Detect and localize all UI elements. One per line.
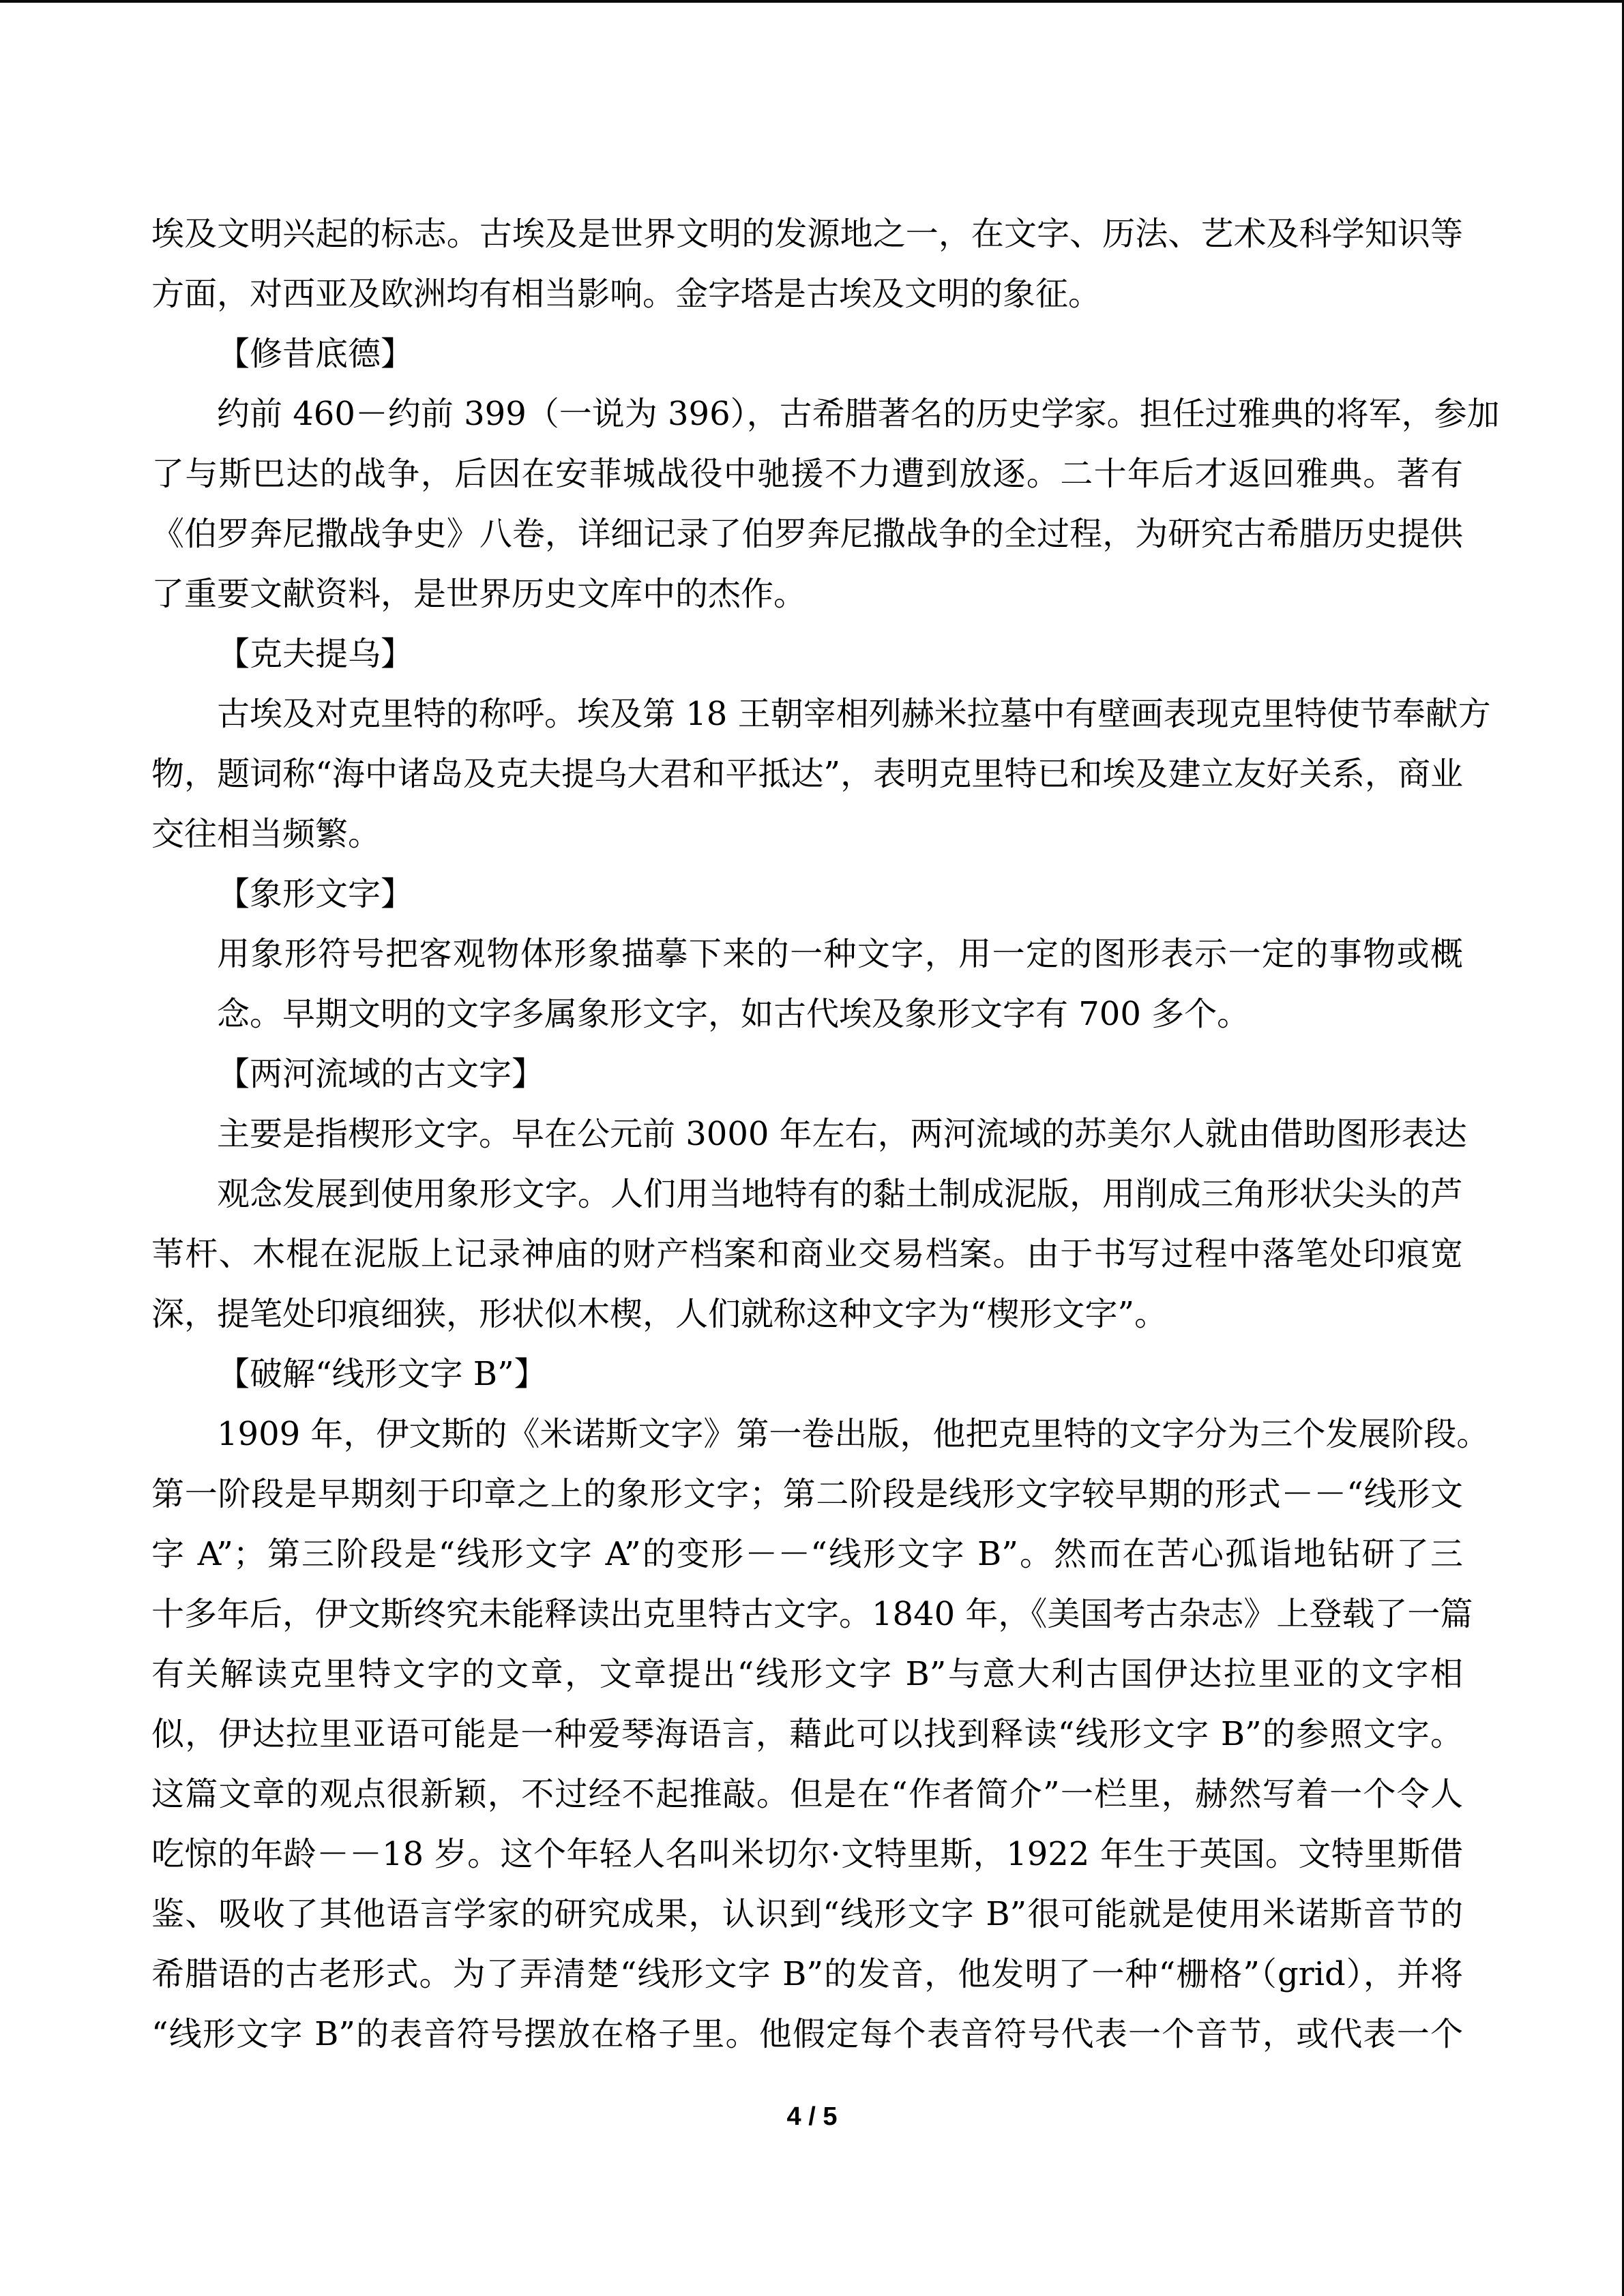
text-line: 希腊语的古老形式。为了弄清楚“线形文字 B”的发音，他发明了一种“栅格”（gri… xyxy=(151,1944,1463,2004)
text-line: 吃惊的年龄－－18 岁。这个年轻人名叫米切尔·文特里斯，1922 年生于英国。文… xyxy=(151,1824,1463,1884)
text-line: 十多年后，伊文斯终究未能释读出克里特古文字。1840 年，《美国考古杂志》上登载… xyxy=(151,1584,1463,1644)
page-number: 4 / 5 xyxy=(0,2100,1624,2133)
text-line: 似，伊达拉里亚语可能是一种爱琴海语言，藉此可以找到释读“线形文字 B”的参照文字… xyxy=(151,1704,1463,1764)
text-line: 鉴、吸收了其他语言学家的研究成果，认识到“线形文字 B”很可能就是使用米诺斯音节… xyxy=(151,1884,1463,1944)
section-heading: 【克夫提乌】 xyxy=(151,624,1463,684)
text-line: 交往相当频繁。 xyxy=(151,804,1463,864)
text-line: 埃及文明兴起的标志。古埃及是世界文明的发源地之一，在文字、历法、艺术及科学知识等 xyxy=(151,204,1463,264)
section-heading: 【象形文字】 xyxy=(151,864,1463,924)
text-line: 了与斯巴达的战争，后因在安菲城战役中驰援不力遭到放逐。二十年后才返回雅典。著有 xyxy=(151,444,1463,504)
text-line: 约前 460－约前 399（一说为 396），古希腊著名的历史学家。担任过雅典的… xyxy=(151,384,1463,444)
text-line: “线形文字 B”的表音符号摆放在格子里。他假定每个表音符号代表一个音节，或代表一… xyxy=(151,2004,1463,2064)
text-line: 方面，对西亚及欧洲均有相当影响。金字塔是古埃及文明的象征。 xyxy=(151,264,1463,324)
text-line: 1909 年，伊文斯的《米诺斯文字》第一卷出版，他把克里特的文字分为三个发展阶段… xyxy=(151,1404,1463,1464)
document-page: 埃及文明兴起的标志。古埃及是世界文明的发源地之一，在文字、历法、艺术及科学知识等… xyxy=(0,0,1624,2296)
text-line: 《伯罗奔尼撒战争史》八卷，详细记录了伯罗奔尼撒战争的全过程，为研究古希腊历史提供 xyxy=(151,504,1463,564)
text-line: 观念发展到使用象形文字。人们用当地特有的黏土制成泥版，用削成三角形状尖头的芦 xyxy=(151,1164,1463,1224)
section-heading: 【两河流域的古文字】 xyxy=(151,1044,1463,1104)
text-line: 深，提笔处印痕细狭，形状似木楔，人们就称这种文字为“楔形文字”。 xyxy=(151,1284,1463,1344)
text-line: 物，题词称“海中诸岛及克夫提乌大君和平抵达”，表明克里特已和埃及建立友好关系，商… xyxy=(151,744,1463,804)
text-line: 第一阶段是早期刻于印章之上的象形文字；第二阶段是线形文字较早期的形式－－“线形文 xyxy=(151,1464,1463,1524)
text-line: 古埃及对克里特的称呼。埃及第 18 王朝宰相列赫米拉墓中有壁画表现克里特使节奉献… xyxy=(151,684,1463,744)
page-border-top xyxy=(0,0,1624,3)
text-line: 用象形符号把客观物体形象描摹下来的一种文字，用一定的图形表示一定的事物或概 xyxy=(151,924,1463,984)
text-line: 主要是指楔形文字。早在公元前 3000 年左右，两河流域的苏美尔人就由借助图形表… xyxy=(151,1104,1463,1164)
text-line: 苇杆、木棍在泥版上记录神庙的财产档案和商业交易档案。由于书写过程中落笔处印痕宽 xyxy=(151,1224,1463,1284)
text-line: 这篇文章的观点很新颖，不过经不起推敲。但是在“作者简介”一栏里，赫然写着一个令人 xyxy=(151,1764,1463,1824)
section-heading: 【修昔底德】 xyxy=(151,324,1463,384)
text-line: 字 A”；第三阶段是“线形文字 A”的变形－－“线形文字 B”。然而在苦心孤诣地… xyxy=(151,1524,1463,1584)
text-line: 有关解读克里特文字的文章，文章提出“线形文字 B”与意大利古国伊达拉里亚的文字相 xyxy=(151,1644,1463,1704)
document-body: 埃及文明兴起的标志。古埃及是世界文明的发源地之一，在文字、历法、艺术及科学知识等… xyxy=(151,204,1463,2064)
section-heading: 【破解“线形文字 B”】 xyxy=(151,1344,1463,1404)
text-line: 了重要文献资料，是世界历史文库中的杰作。 xyxy=(151,564,1463,624)
text-line: 念。早期文明的文字多属象形文字，如古代埃及象形文字有 700 多个。 xyxy=(151,984,1463,1044)
